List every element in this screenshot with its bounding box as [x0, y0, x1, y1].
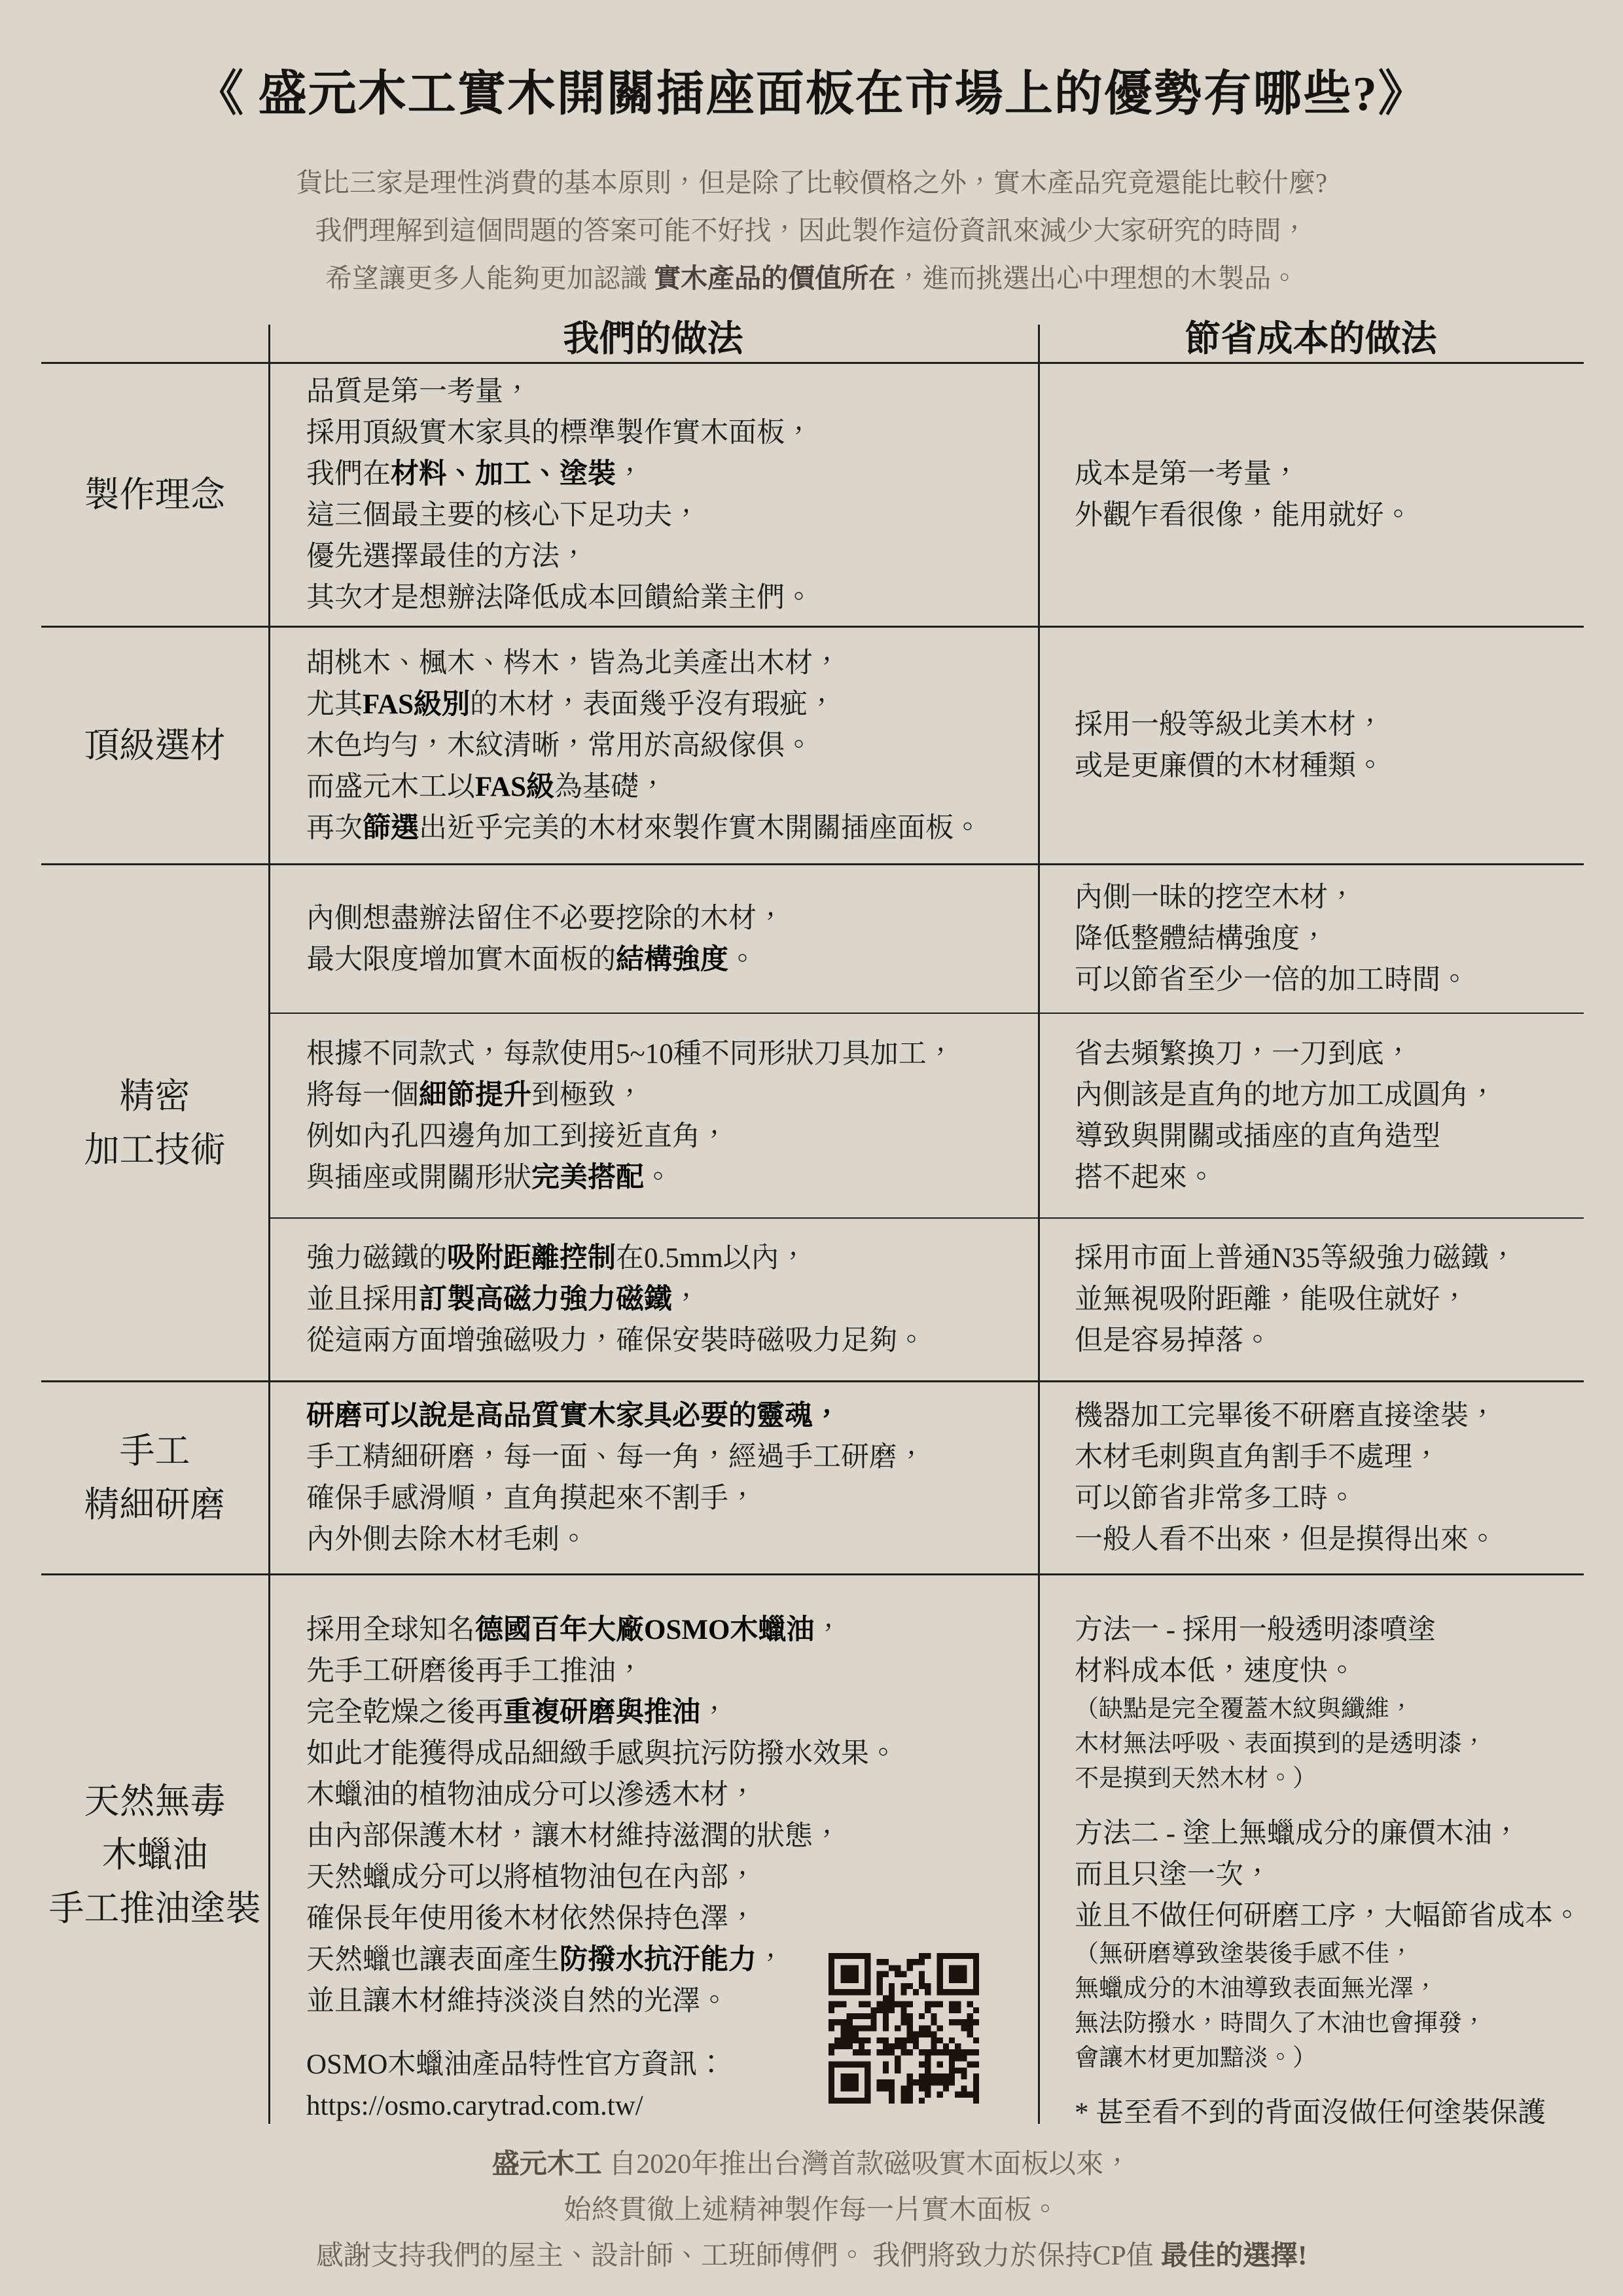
text-line: 天然蠟成分可以將植物油包在內部，	[306, 1857, 1022, 1898]
page-title: 《 盛元木工實木開關插座面板在市場上的優勢有哪些?》	[0, 55, 1623, 124]
text-line: 研磨可以說是高品質實木家具必要的靈魂，	[306, 1395, 1022, 1437]
text-line: 內外側去除木材毛刺。	[306, 1519, 1022, 1560]
text-line: 方法二 - 塗上無蠟成分的廉價木油，	[1075, 1813, 1568, 1854]
text-line: 再次篩選出近乎完美的木材來製作實木開關插座面板。	[306, 808, 1022, 849]
row-label-line: 精細研磨	[84, 1478, 226, 1532]
text-line: 並無視吸附距離，能吸住就好，	[1075, 1279, 1568, 1320]
table-row: 精密加工技術內側想盡辦法留住不必要挖除的木材，最大限度增加實木面板的結構強度。內…	[41, 863, 1584, 1380]
footer-highlight: 最佳的選擇!	[1160, 2241, 1307, 2271]
text-line: 降低整體結構強度，	[1075, 918, 1568, 960]
text-line: 並且採用訂製高磁力強力磁鐵，	[306, 1279, 1022, 1320]
row-label-line: 精密	[120, 1069, 190, 1123]
poster-page: 《 盛元木工實木開關插座面板在市場上的優勢有哪些?》 貨比三家是理性消費的基本原…	[0, 0, 1623, 2296]
text-line: 品質是第一考量，	[306, 371, 1022, 412]
text-line: 但是容易掉落。	[1075, 1320, 1568, 1361]
intro-line-2: 我們理解到這個問題的答案可能不好找，因此製作這份資訊來減少大家研究的時間，	[0, 207, 1623, 255]
cost-cell: 採用市面上普通N35等級強力磁鐵，並無視吸附距離，能吸住就好，但是容易掉落。	[1038, 1217, 1584, 1380]
row-label-line: 手工	[120, 1424, 190, 1478]
text-line: 手工精細研磨，每一面、每一角，經過手工研磨，	[306, 1437, 1022, 1478]
text-line: 可以節省至少一倍的加工時間。	[1075, 960, 1568, 1001]
text-line: 成本是第一考量，	[1075, 454, 1568, 495]
text-line: 採用市面上普通N35等級強力磁鐵，	[1075, 1238, 1568, 1279]
row-label-line: 加工技術	[84, 1123, 226, 1177]
our-cell: 胡桃木、楓木、梣木，皆為北美產出木材，尤其FAS級別的木材，表面幾乎沒有瑕疵，木…	[268, 628, 1038, 863]
row-label: 手工精細研磨	[41, 1382, 268, 1573]
text-line: 搭不起來。	[1075, 1157, 1568, 1198]
text-line: 內側一昧的挖空木材，	[1075, 877, 1568, 918]
our-cell: 研磨可以說是高品質實木家具必要的靈魂，手工精細研磨，每一面、每一角，經過手工研磨…	[268, 1382, 1038, 1573]
footer-line-3: 感謝支持我們的屋主、設計師、工班師傅們。 我們將致力於保持CP值 最佳的選擇!	[0, 2233, 1623, 2279]
header-cost-saving: 節省成本的做法	[1038, 307, 1584, 361]
row-label: 製作理念	[41, 364, 268, 626]
text-line: 採用頂級實木家具的標準製作實木面板，	[306, 412, 1022, 454]
text-line: 內側想盡辦法留住不必要挖除的木材，	[306, 898, 1022, 939]
text-line: 而且只塗一次，	[1075, 1854, 1568, 1895]
cost-cell: 成本是第一考量，外觀乍看很像，能用就好。	[1038, 364, 1584, 626]
row-label-line: 手工推油塗裝	[49, 1882, 261, 1935]
text-line: 強力磁鐵的吸附距離控制在0.5mm以內，	[306, 1238, 1022, 1279]
text-line: 如此才能獲得成品細緻手感與抗污防撥水效果。	[306, 1733, 1022, 1774]
table-row: 天然無毒木蠟油手工推油塗裝採用全球知名德國百年大廠OSMO木蠟油，先手工研磨後再…	[41, 1573, 1584, 2134]
intro-paragraph: 貨比三家是理性消費的基本原則，但是除了比較價格之外，實木產品究竟還能比較什麼? …	[0, 159, 1623, 302]
text-line: 內側該是直角的地方加工成圓角，	[1075, 1075, 1568, 1116]
intro-line-1: 貨比三家是理性消費的基本原則，但是除了比較價格之外，實木產品究竟還能比較什麼?	[0, 159, 1623, 207]
column-divider-right	[1038, 325, 1040, 2124]
text-line: 無蠟成分的木油導致表面無光澤，	[1075, 1971, 1568, 2006]
our-cell: 強力磁鐵的吸附距離控制在0.5mm以內，並且採用訂製高磁力強力磁鐵，從這兩方面增…	[268, 1217, 1038, 1380]
text-line: 外觀乍看很像，能用就好。	[1075, 495, 1568, 536]
text-line: 完全乾燥之後再重複研磨與推油，	[306, 1692, 1022, 1733]
text-line: 木材毛刺與直角割手不處理，	[1075, 1437, 1568, 1478]
text-line: 並且不做任何研磨工序，大幅節省成本。	[1075, 1895, 1568, 1937]
row-label-line: 製作理念	[84, 468, 226, 522]
text-line: 從這兩方面增強磁吸力，確保安裝時磁吸力足夠。	[306, 1320, 1022, 1361]
our-cell: 內側想盡辦法留住不必要挖除的木材，最大限度增加實木面板的結構強度。	[268, 865, 1038, 1013]
text-line: 木蠟油的植物油成分可以滲透木材，	[306, 1774, 1022, 1816]
text-line: 尤其FAS級別的木材，表面幾乎沒有瑕疵，	[306, 684, 1022, 725]
text-line: 可以節省非常多工時。	[1075, 1478, 1568, 1519]
text-line: （缺點是完全覆蓋木紋與纖維，	[1075, 1692, 1568, 1727]
text-line: 其次才是想辦法降低成本回饋給業主們。	[306, 577, 1022, 619]
text-line: （無研磨導致塗裝後手感不佳，	[1075, 1937, 1568, 1971]
intro-highlight: 實木產品的價值所在	[654, 263, 895, 293]
text-line: 或是更廉價的木材種類。	[1075, 745, 1568, 787]
footer-line-2: 始終貫徹上述精神製作每一片實木面板。	[0, 2187, 1623, 2233]
header-our-approach: 我們的做法	[268, 307, 1038, 361]
comparison-table: 我們的做法 節省成本的做法 製作理念品質是第一考量，採用頂級實木家具的標準製作實…	[41, 306, 1584, 2124]
text-line: 一般人看不出來，但是摸得出來。	[1075, 1519, 1568, 1560]
text-line: 確保手感滑順，直角摸起來不割手，	[306, 1478, 1022, 1519]
table-row: 手工精細研磨研磨可以說是高品質實木家具必要的靈魂，手工精細研磨，每一面、每一角，…	[41, 1380, 1584, 1573]
text-line: 我們在材料、加工、塗裝，	[306, 454, 1022, 495]
column-divider-left	[268, 325, 270, 2124]
footer-paragraph: 盛元木工 自2020年推出台灣首款磁吸實木面板以來， 始終貫徹上述精神製作每一片…	[0, 2142, 1623, 2279]
line-gap	[1075, 2075, 1568, 2092]
text-line: 最大限度增加實木面板的結構強度。	[306, 939, 1022, 980]
row-label-line: 天然無毒	[84, 1774, 226, 1828]
text-line: 導致與開關或插座的直角造型	[1075, 1116, 1568, 1157]
text-line: 將每一個細節提升到極致，	[306, 1075, 1022, 1116]
row-label: 頂級選材	[41, 628, 268, 863]
table-row: 頂級選材胡桃木、楓木、梣木，皆為北美產出木材，尤其FAS級別的木材，表面幾乎沒有…	[41, 626, 1584, 863]
text-line: 木色均勻，木紋清晰，常用於高級傢俱。	[306, 725, 1022, 766]
line-gap	[1075, 1796, 1568, 1813]
cost-cell: 機器加工完畢後不研磨直接塗裝，木材毛刺與直角割手不處理，可以節省非常多工時。一般…	[1038, 1382, 1584, 1573]
text-line: 木材無法呼吸、表面摸到的是透明漆，	[1075, 1727, 1568, 1761]
cost-cell: 省去頻繁換刀，一刀到底，內側該是直角的地方加工成圓角，導致與開關或插座的直角造型…	[1038, 1013, 1584, 1217]
cost-cell: 內側一昧的挖空木材，降低整體結構強度，可以節省至少一倍的加工時間。	[1038, 865, 1584, 1013]
row-label: 天然無毒木蠟油手工推油塗裝	[41, 1575, 268, 2134]
text-line: 無法防撥水，時間久了木油也會揮發，	[1075, 2006, 1568, 2041]
qr-code	[829, 1953, 979, 2104]
text-line: 這三個最主要的核心下足功夫，	[306, 495, 1022, 536]
text-line: 材料成本低，速度快。	[1075, 1651, 1568, 1692]
text-line: 確保長年使用後木材依然保持色澤，	[306, 1898, 1022, 1939]
text-line: 先手工研磨後再手工推油，	[306, 1651, 1022, 1692]
row-label: 精密加工技術	[41, 865, 268, 1380]
text-line: 優先選擇最佳的方法，	[306, 536, 1022, 577]
text-line: * 甚至看不到的背面沒做任何塗裝保護	[1075, 2092, 1568, 2134]
text-line: 由內部保護木材，讓木材維持滋潤的狀態，	[306, 1816, 1022, 1857]
our-cell: 品質是第一考量，採用頂級實木家具的標準製作實木面板，我們在材料、加工、塗裝，這三…	[268, 364, 1038, 626]
text-line: 省去頻繁換刀，一刀到底，	[1075, 1033, 1568, 1075]
intro-line-3: 希望讓更多人能夠更加認識 實木產品的價值所在，進而挑選出心中理想的木製品。	[0, 255, 1623, 302]
row-label-line: 木蠟油	[102, 1828, 208, 1882]
text-line: 根據不同款式，每款使用5~10種不同形狀刀具加工，	[306, 1033, 1022, 1075]
our-cell: 根據不同款式，每款使用5~10種不同形狀刀具加工，將每一個細節提升到極致，例如內…	[268, 1013, 1038, 1217]
text-line: 例如內孔四邊角加工到接近直角，	[306, 1116, 1022, 1157]
text-line: 而盛元木工以FAS級為基礎，	[306, 766, 1022, 808]
footer-line-1: 盛元木工 自2020年推出台灣首款磁吸實木面板以來，	[0, 2142, 1623, 2187]
text-line: 胡桃木、楓木、梣木，皆為北美產出木材，	[306, 643, 1022, 684]
text-line: 不是摸到天然木材。）	[1075, 1761, 1568, 1796]
cost-cell: 採用一般等級北美木材，或是更廉價的木材種類。	[1038, 628, 1584, 863]
text-line: 會讓木材更加黯淡。）	[1075, 2041, 1568, 2075]
brand-name: 盛元木工	[492, 2149, 602, 2179]
table-row: 製作理念品質是第一考量，採用頂級實木家具的標準製作實木面板，我們在材料、加工、塗…	[41, 362, 1584, 626]
table-header-row: 我們的做法 節省成本的做法	[41, 306, 1584, 362]
text-line: 與插座或開關形狀完美搭配。	[306, 1157, 1022, 1198]
table-body: 製作理念品質是第一考量，採用頂級實木家具的標準製作實木面板，我們在材料、加工、塗…	[41, 362, 1584, 2134]
text-line: 方法一 - 採用一般透明漆噴塗	[1075, 1609, 1568, 1651]
text-line: 採用全球知名德國百年大廠OSMO木蠟油，	[306, 1609, 1022, 1651]
row-label-line: 頂級選材	[84, 719, 226, 772]
cost-cell: 方法一 - 採用一般透明漆噴塗材料成本低，速度快。（缺點是完全覆蓋木紋與纖維，木…	[1038, 1575, 1584, 2134]
text-line: 採用一般等級北美木材，	[1075, 704, 1568, 745]
text-line: 機器加工完畢後不研磨直接塗裝，	[1075, 1395, 1568, 1437]
